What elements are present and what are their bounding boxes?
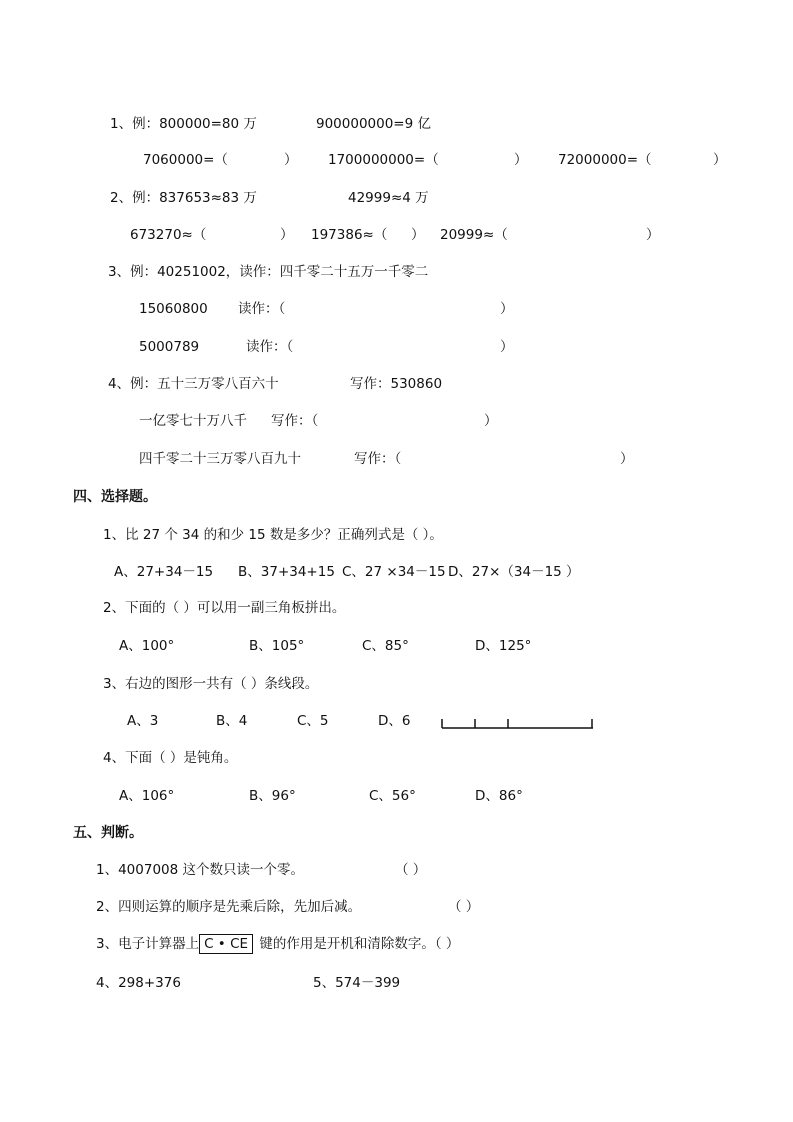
judge-q2-text: 2、四则运算的顺序是先乘后除，先加后减。	[96, 897, 361, 917]
choice-q3-option-b[interactable]: B、4	[216, 711, 247, 731]
judge-q3-suffix: 键的作用是开机和清除数字。（ ）	[255, 936, 459, 952]
judge-q3: 3、电子计算器上C • CE 键的作用是开机和清除数字。（ ）	[96, 934, 459, 954]
judge-q3-prefix: 3、电子计算器上	[96, 936, 199, 952]
q2-item-2-close: ）	[411, 225, 425, 245]
q4-example-answer: 写作：530860	[350, 374, 442, 394]
q4-example: 4、例：五十三万零八百六十	[108, 374, 279, 394]
q4-item-2-close: ）	[620, 449, 634, 469]
q2-item-1-close: ）	[280, 225, 294, 245]
choice-q1-option-c[interactable]: C、27 ×34－15	[342, 562, 446, 582]
q1-example-2: 900000000=9 亿	[316, 114, 431, 134]
calc-q5: 5、574－399	[313, 973, 400, 993]
section-5-title: 五、判断。	[73, 823, 143, 843]
choice-q3-option-c[interactable]: C、5	[297, 711, 329, 731]
choice-q2-option-d[interactable]: D、125°	[475, 636, 531, 656]
q1-item-2-close: ）	[514, 150, 528, 170]
choice-q1-option-b[interactable]: B、37+34+15	[238, 562, 335, 582]
calc-q4: 4、298+376	[96, 973, 181, 993]
q3-item-1-label: 读作：（	[238, 299, 285, 319]
choice-q4-text: 4、下面（ ）是钝角。	[103, 748, 237, 768]
judge-q1-answer-paren[interactable]: （ ）	[395, 860, 426, 880]
choice-q4-option-d[interactable]: D、86°	[475, 786, 523, 806]
choice-q4-option-b[interactable]: B、96°	[249, 786, 296, 806]
q2-item-1: 673270≈（	[130, 225, 206, 245]
q1-item-1: 7060000=（	[143, 150, 228, 170]
calc-key-c-ce: C • CE	[199, 934, 253, 954]
q1-item-3: 72000000=（	[558, 150, 652, 170]
choice-q4-option-c[interactable]: C、56°	[369, 786, 416, 806]
q3-item-1-number: 15060800	[139, 299, 208, 319]
q4-item-1-label: 写作：（	[271, 411, 318, 431]
choice-q3-option-d[interactable]: D、6	[378, 711, 410, 731]
q1-item-1-text: 7060000=（	[143, 152, 228, 168]
line-segment-figure	[441, 716, 594, 730]
q3-item-1-close: ）	[500, 299, 514, 319]
q4-item-2-label: 写作：（	[354, 449, 401, 469]
q1-item-1-close: ）	[284, 150, 298, 170]
choice-q3-text: 3、右边的图形一共有（ ）条线段。	[103, 674, 318, 694]
q2-example-1: 2、例：837653≈83 万	[110, 188, 257, 208]
q1-example-1: 1、例：800000=80 万	[110, 114, 257, 134]
q3-item-2-close: ）	[500, 337, 514, 357]
q1-item-3-close: ）	[713, 150, 727, 170]
q2-example-2: 42999≈4 万	[348, 188, 429, 208]
q2-item-3-close: ）	[646, 225, 660, 245]
q1-item-2: 1700000000=（	[328, 150, 439, 170]
q3-item-2-number: 5000789	[139, 337, 199, 357]
q4-item-1-words: 一亿零七十万八千	[139, 411, 247, 431]
section-4-title: 四、选择题。	[73, 487, 157, 507]
choice-q2-option-c[interactable]: C、85°	[362, 636, 409, 656]
choice-q1-option-a[interactable]: A、27+34－15	[114, 562, 213, 582]
choice-q4-option-a[interactable]: A、106°	[119, 786, 174, 806]
judge-q1-text: 1、4007008 这个数只读一个零。	[96, 860, 304, 880]
choice-q2-option-a[interactable]: A、100°	[119, 636, 174, 656]
q3-item-2-label: 读作：（	[246, 337, 293, 357]
choice-q2-text: 2、下面的（ ）可以用一副三角板拼出。	[103, 598, 345, 618]
judge-q2-answer-paren[interactable]: （ ）	[448, 897, 479, 917]
q4-item-1-close: ）	[484, 411, 498, 431]
choice-q2-option-b[interactable]: B、105°	[249, 636, 304, 656]
q2-item-3: 20999≈（	[440, 225, 508, 245]
q2-item-2: 197386≈（	[311, 225, 387, 245]
q4-item-2-words: 四千零二十三万零八百九十	[139, 449, 301, 469]
choice-q1-option-d[interactable]: D、27×（34－15 ）	[448, 562, 580, 582]
q3-example: 3、例：40251002，读作：四千零二十五万一千零二	[108, 262, 428, 282]
choice-q1-text: 1、比 27 个 34 的和少 15 数是多少？正确列式是（ ）。	[103, 525, 443, 545]
choice-q3-option-a[interactable]: A、3	[127, 711, 158, 731]
